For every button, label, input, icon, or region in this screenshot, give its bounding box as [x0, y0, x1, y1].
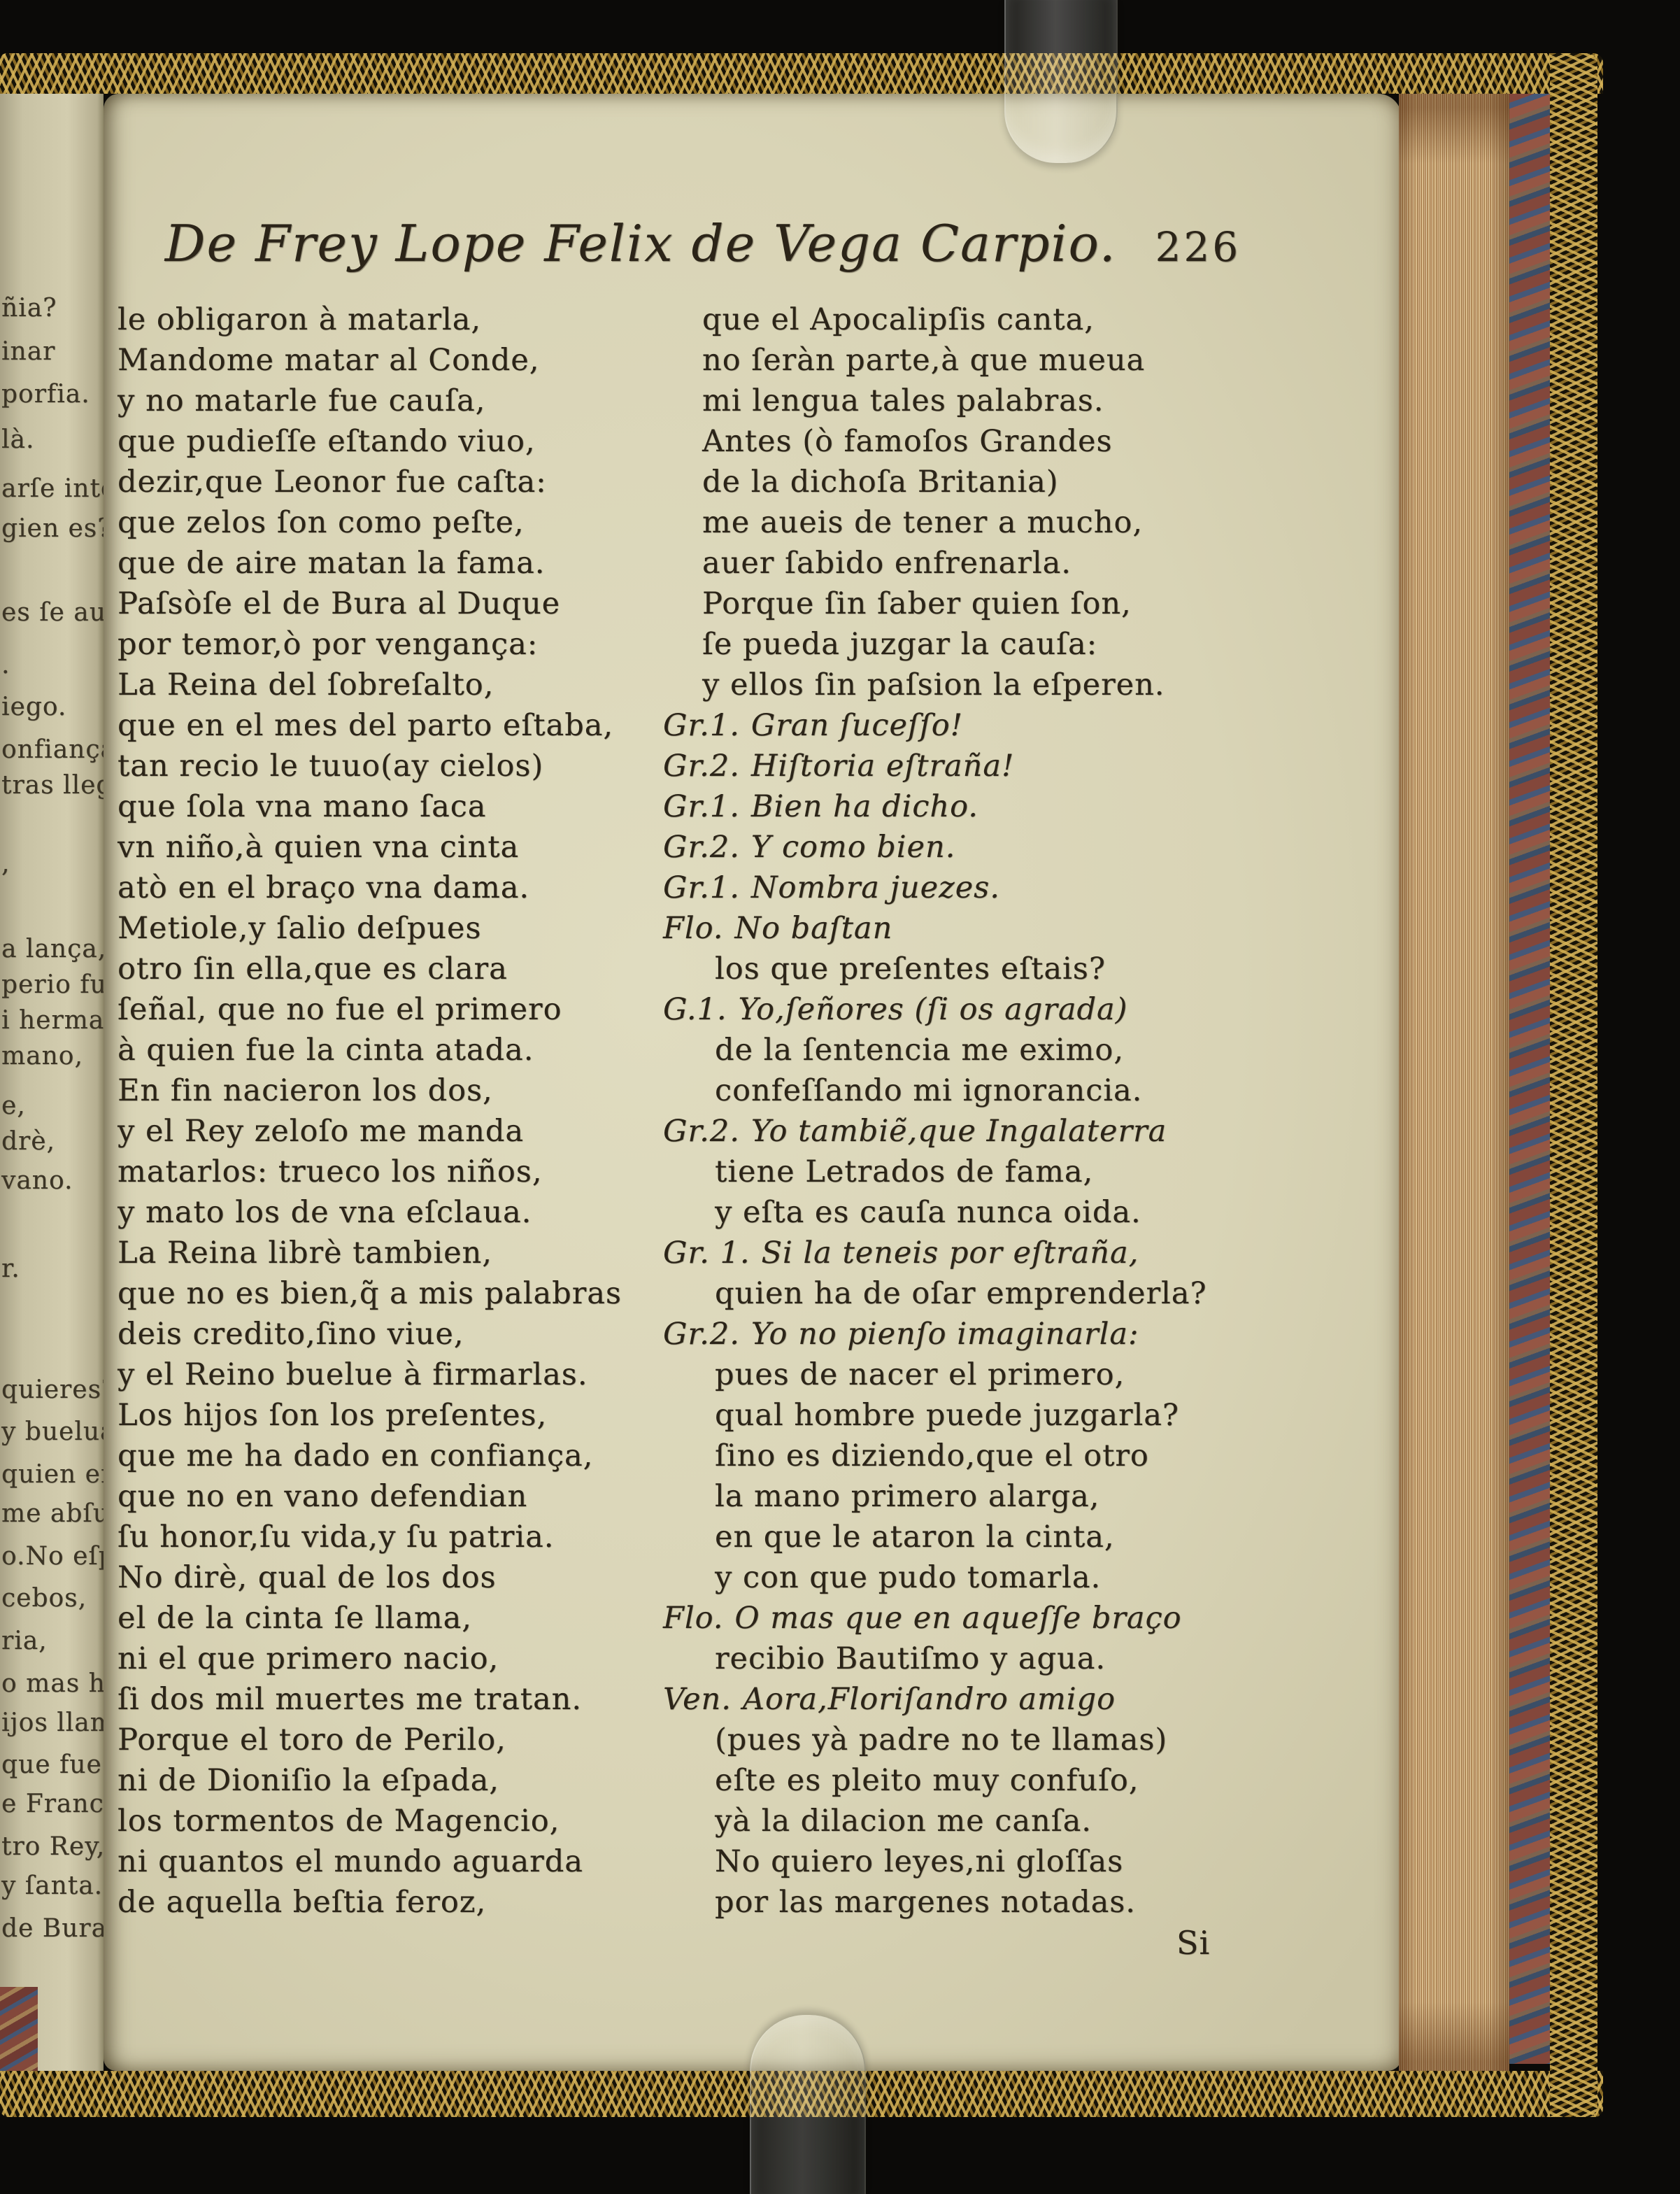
verse-line: à quien fue la cinta atada. — [118, 1030, 684, 1070]
verso-text-fragment: arſe intẽta — [1, 474, 104, 503]
catchword: Si — [1176, 1924, 1210, 1962]
verse-line: Paſsòſe el de Bura al Duque — [118, 583, 684, 624]
speaker-label: Gr.2. — [663, 1317, 751, 1352]
verse-line: que no en vano defendian — [118, 1476, 684, 1517]
verse-line: que me ha dado en confiança, — [118, 1436, 684, 1476]
verse-line: Gr.2.Y como bien. — [663, 827, 1334, 868]
verso-text-fragment: là. — [1, 425, 34, 454]
verso-text-fragment: . — [1, 651, 10, 679]
verso-text-fragment: onfiança — [1, 735, 104, 764]
verse-line: ni quantos el mundo aguarda — [118, 1841, 684, 1882]
verse-line: el de la cinta ſe llama, — [118, 1598, 684, 1639]
verso-text-fragment: de Bura — [1, 1914, 104, 1943]
verse-line: atò en el braço vna dama. — [118, 868, 684, 908]
verse-line: Antes (ò famoſos Grandes — [663, 421, 1334, 462]
left-text-column: le obligaron à matarla,Mandome matar al … — [118, 299, 684, 1923]
facing-page-edge: ñia?inarporfia.là.arſe intẽtagien es?es … — [0, 77, 104, 2106]
verso-text-fragment: e, — [1, 1091, 26, 1120]
verse-line: Flo.No baſtan — [663, 908, 1334, 949]
verse-line: la mano primero alarga, — [663, 1476, 1334, 1517]
book-scan-viewport: { "header": { "title": "De Frey Lope Fel… — [0, 0, 1680, 2194]
verse-line: qual hombre puede juzgarla? — [663, 1395, 1334, 1436]
verse-line: ſeñal, que no fue el primero — [118, 989, 684, 1030]
verso-text-fragment: quien eres — [1, 1460, 104, 1489]
speaker-label: Flo. — [663, 1601, 734, 1636]
verso-text-fragment: porfia. — [1, 380, 90, 409]
verse-line: dezir,que Leonor fue caſta: — [118, 462, 684, 502]
verse-line: Gr.2.Yo tambiẽ,que Ingalaterra — [663, 1111, 1334, 1152]
verso-text-fragment: i herman — [1, 1006, 104, 1035]
verse-line: Porque ſin ſaber quien ſon, — [663, 583, 1334, 624]
verse-line: La Reina del ſobreſalto, — [118, 665, 684, 705]
verso-text-fragment: inar — [1, 337, 55, 366]
speaker-label: Gr.2. — [663, 749, 751, 784]
verso-text-fragment: me abſue — [1, 1499, 104, 1528]
verse-line: recibio Bautiſmo y agua. — [663, 1639, 1334, 1679]
verse-line: ſe pueda juzgar la cauſa: — [663, 624, 1334, 665]
verso-text-fragment: y buelua, — [1, 1417, 104, 1446]
page-clamp-bottom — [750, 2015, 866, 2194]
verse-line: deis credito,ſino viue, — [118, 1314, 684, 1354]
verso-text-fragment: mano, — [1, 1042, 83, 1070]
verse-line: Ven.Aora,Floriſandro amigo — [663, 1679, 1334, 1720]
verso-text-fragment: gien es? — [1, 514, 104, 543]
speaker-label: Gr.2. — [663, 1114, 751, 1149]
verso-text-fragment: , — [1, 849, 10, 878]
page-header: De Frey Lope Felix de Vega Carpio. 226 — [105, 214, 1301, 273]
verse-line: G.1.Yo,ſeñores (ſi os agrada) — [663, 989, 1334, 1030]
verso-text-fragment: quieres? — [1, 1375, 104, 1404]
verse-line: por temor,ò por vengança: — [118, 624, 684, 665]
verso-text-fragment: tro Rey, — [1, 1832, 104, 1861]
verso-text-fragment: iego. — [1, 693, 66, 721]
verso-text-fragment: e Francia, — [1, 1790, 104, 1818]
verso-text-fragment: vano. — [1, 1166, 73, 1195]
verse-line: No quiero leyes,ni gloſſas — [663, 1841, 1334, 1882]
speaker-label: Gr. 1. — [663, 1236, 762, 1271]
verse-line: no ſeràn parte,à que mueua — [663, 340, 1334, 381]
page-number: 226 — [1155, 223, 1241, 271]
verse-line: que de aire matan la fama. — [118, 543, 684, 583]
verse-line: ſu honor,ſu vida,y ſu patria. — [118, 1517, 684, 1557]
verse-line: No dirè, qual de los dos — [118, 1557, 684, 1598]
verse-line: y el Reino buelue à firmarlas. — [118, 1354, 684, 1395]
verse-line: y con que pudo tomarla. — [663, 1557, 1334, 1598]
verse-line: ni el que primero nacio, — [118, 1639, 684, 1679]
verse-line: mi lengua tales palabras. — [663, 381, 1334, 421]
verse-line: Flo.O mas que en aqueſſe braço — [663, 1598, 1334, 1639]
verso-text-fragment: ria, — [1, 1627, 48, 1655]
verse-line: Metiole,y ſalio deſpues — [118, 908, 684, 949]
verse-line: (pues yà padre no te llamas) — [663, 1720, 1334, 1760]
verse-line: que no es bien,q̃ a mis palabras — [118, 1273, 684, 1314]
verse-line: tiene Letrados de fama, — [663, 1152, 1334, 1192]
verso-text-fragment: que fue — [1, 1750, 102, 1779]
verse-line: y no matarle fue cauſa, — [118, 381, 684, 421]
verse-line: eſte es pleito muy confuſo, — [663, 1760, 1334, 1801]
verso-text-fragment: a lança, — [1, 935, 104, 963]
verse-line: en que le ataron la cinta, — [663, 1517, 1334, 1557]
verse-line: que el Apocalipſis canta, — [663, 299, 1334, 340]
verse-line: de la dichoſa Britania) — [663, 462, 1334, 502]
verso-text-fragment: perio fue — [1, 970, 104, 999]
marbled-endpaper-strip — [1509, 91, 1550, 2064]
verse-line: Porque el toro de Perilo, — [118, 1720, 684, 1760]
verse-line: matarlos: trueco los niños, — [118, 1152, 684, 1192]
verse-line: Gr.2.Yo no pienſo imaginarla: — [663, 1314, 1334, 1354]
verse-line: los que preſentes eſtais? — [663, 949, 1334, 989]
verse-line: y ellos ſin paſsion la eſperen. — [663, 665, 1334, 705]
verse-line: Gr.1.Gran ſuceſſo! — [663, 705, 1334, 746]
verse-line: Los hijos ſon los preſentes, — [118, 1395, 684, 1436]
verse-line: que ſola vna mano ſaca — [118, 786, 684, 827]
speaker-label: Gr.1. — [663, 870, 751, 905]
verse-line: pues de nacer el primero, — [663, 1354, 1334, 1395]
gilt-border-top — [0, 53, 1603, 94]
verse-line: yà la dilacion me canſa. — [663, 1801, 1334, 1841]
verse-line: Gr.2.Hiſtoria eſtraña! — [663, 746, 1334, 786]
verse-line: que pudieſſe eſtando viuo, — [118, 421, 684, 462]
right-text-column: que el Apocalipſis canta,no ſeràn parte,… — [663, 299, 1334, 1923]
speaker-label: Gr.1. — [663, 789, 751, 824]
speaker-label: Flo. — [663, 911, 734, 946]
verso-text-fragment: o.No eſpe — [1, 1542, 104, 1571]
verso-text-fragment: o mas honra — [1, 1669, 104, 1698]
gilt-border-right — [1550, 53, 1597, 2117]
verse-line: La Reina librè tambien, — [118, 1233, 684, 1273]
verse-line: ni de Dioniſio la eſpada, — [118, 1760, 684, 1801]
verse-line: confeſſando mi ignorancia. — [663, 1070, 1334, 1111]
verse-line: y mato los de vna eſclaua. — [118, 1192, 684, 1233]
verse-line: le obligaron à matarla, — [118, 299, 684, 340]
verso-text-fragment: es ſe auſen — [1, 598, 104, 627]
verse-line: y eſta es cauſa nunca oida. — [663, 1192, 1334, 1233]
verse-line: Gr.1.Nombra juezes. — [663, 868, 1334, 908]
verse-line: En fin nacieron los dos, — [118, 1070, 684, 1111]
verso-text-fragment: ijos llamas — [1, 1708, 104, 1737]
verso-text-fragment: drè, — [1, 1127, 55, 1156]
verse-line: Mandome matar al Conde, — [118, 340, 684, 381]
verso-text-fragment: ñia? — [1, 294, 57, 323]
verse-line: por las margenes notadas. — [663, 1882, 1334, 1923]
verse-line: quien ha de oſar emprenderla? — [663, 1273, 1334, 1314]
verse-line: me aueis de tener a mucho, — [663, 502, 1334, 543]
verse-line: ſino es diziendo,que el otro — [663, 1436, 1334, 1476]
speaker-label: Ven. — [663, 1682, 743, 1717]
verse-line: auer ſabido enfrenarla. — [663, 543, 1334, 583]
speaker-label: G.1. — [663, 992, 739, 1027]
verse-line: otro ſin ella,que es clara — [118, 949, 684, 989]
verso-text-fragment: y ſanta. — [1, 1871, 103, 1900]
verse-line: Gr.1.Bien ha dicho. — [663, 786, 1334, 827]
page-clamp-top — [1004, 0, 1118, 163]
verso-text-fragment: r. — [1, 1254, 20, 1283]
verso-text-fragment: tras llego — [1, 771, 104, 800]
verse-line: de aquella beſtia feroz, — [118, 1882, 684, 1923]
verse-line: vn niño,à quien vna cinta — [118, 827, 684, 868]
speaker-label: Gr.1. — [663, 708, 751, 743]
verse-line: los tormentos de Magencio, — [118, 1801, 684, 1841]
verse-line: ſi dos mil muertes me tratan. — [118, 1679, 684, 1720]
verso-text-fragment: cebos, — [1, 1584, 87, 1613]
speaker-label: Gr.2. — [663, 830, 751, 865]
verse-line: que zelos ſon como peſte, — [118, 502, 684, 543]
verse-line: Gr. 1.Si la teneis por eſtraña, — [663, 1233, 1334, 1273]
verse-line: de la ſentencia me eximo, — [663, 1030, 1334, 1070]
book-fore-edge — [1399, 84, 1509, 2082]
verse-line: y el Rey zeloſo me manda — [118, 1111, 684, 1152]
verse-line: tan recio le tuuo(ay cielos) — [118, 746, 684, 786]
running-title: De Frey Lope Felix de Vega Carpio. — [165, 214, 1117, 273]
verse-line: que en el mes del parto eſtaba, — [118, 705, 684, 746]
